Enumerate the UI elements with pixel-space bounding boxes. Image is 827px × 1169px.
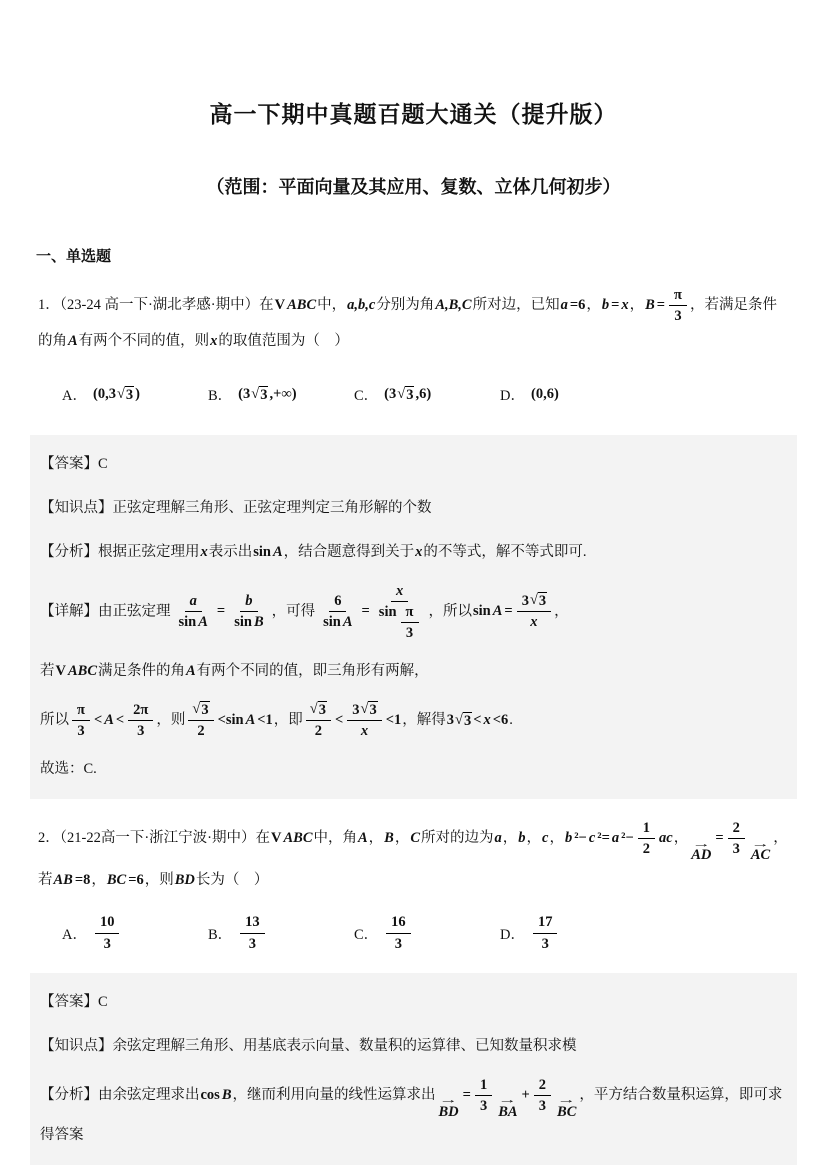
math-number: 3 xyxy=(351,701,360,719)
option-content: 103 xyxy=(92,913,123,952)
math-variable: A xyxy=(245,712,257,728)
fraction: √32 xyxy=(306,701,331,740)
fraction-denominator: 3 xyxy=(728,839,745,858)
math-variable: A xyxy=(103,712,115,728)
option-content: 163 xyxy=(383,913,414,952)
text-run: 【详解】由正弦定理 xyxy=(40,603,171,619)
fraction-numerator: x xyxy=(391,582,408,602)
text-run: ， xyxy=(503,830,518,846)
fraction-denominator: 3 xyxy=(669,306,686,325)
radicand: 3 xyxy=(368,701,377,719)
fraction-denominator: sinB xyxy=(229,612,268,631)
math-variable: AB xyxy=(53,872,74,888)
vector-arrow-icon: → xyxy=(439,1096,458,1104)
fraction-numerator: 3√3 xyxy=(517,592,551,612)
sqrt-expression: √3 xyxy=(251,386,268,404)
radical-sign-icon: √ xyxy=(361,701,369,718)
fraction-denominator: 3 xyxy=(475,1096,492,1115)
option-content: (3√3,+∞) xyxy=(237,386,297,404)
radicand: 3 xyxy=(259,386,268,404)
text-run: 中，角 xyxy=(314,830,358,846)
radical-sign-icon: √ xyxy=(117,386,125,403)
fraction: bsinB xyxy=(229,592,268,631)
sqrt-expression: √3 xyxy=(455,712,472,730)
fraction-denominator: 3 xyxy=(537,934,554,953)
math-number: + xyxy=(521,1087,531,1103)
text-run: ，所以 xyxy=(429,603,473,619)
math-number: =6 xyxy=(569,297,587,313)
math-variable: ABC xyxy=(282,830,313,846)
vector-expression: →AD xyxy=(691,840,711,864)
solution-paragraph: 【知识点】正弦定理解三角形、正弦定理判定三角形解的个数 xyxy=(40,494,787,523)
text-run: ， xyxy=(527,830,542,846)
fraction: 3√3x xyxy=(347,701,381,740)
fraction-numerator: 2 xyxy=(728,819,745,839)
text-run: 中， xyxy=(317,297,346,313)
math-variable: A xyxy=(357,830,369,846)
fraction-numerator: √3 xyxy=(188,701,213,721)
option-item: B．133 xyxy=(208,913,354,952)
fraction-denominator: 3 xyxy=(72,721,89,740)
math-variable: C xyxy=(409,830,421,846)
solution-paragraph: 故选：C. xyxy=(40,755,787,784)
radical-sign-icon: √ xyxy=(192,701,200,718)
fraction-numerator: 13 xyxy=(240,913,265,933)
sqrt-expression: √3 xyxy=(310,701,327,719)
text-run: 所对边，已知 xyxy=(473,297,560,313)
math-variable: B xyxy=(644,297,656,313)
fraction-denominator: 3 xyxy=(401,623,418,642)
text-run: 分别为角 xyxy=(376,297,434,313)
math-number: = xyxy=(503,603,513,619)
text-run: ，可得 xyxy=(272,603,316,619)
text-run: 满足条件的角 xyxy=(98,663,185,679)
math-number: <1 xyxy=(256,712,274,728)
math-variable: A xyxy=(67,333,79,349)
fraction-numerator: π xyxy=(401,603,419,623)
option-item: A．103 xyxy=(62,913,208,952)
math-number: 3 xyxy=(248,935,257,953)
fraction: 2π3 xyxy=(128,701,153,740)
text-run: ， xyxy=(674,830,689,846)
text-run: ， xyxy=(549,830,564,846)
radicand: 3 xyxy=(318,701,327,719)
radical-sign-icon: √ xyxy=(455,712,463,729)
vector-expression: →BA xyxy=(498,1096,517,1120)
math-number: (3 xyxy=(383,386,397,403)
math-variable: b xyxy=(564,830,573,846)
option-label: A． xyxy=(62,384,87,405)
question-2-options-row: A．103B．133C．163D．173 xyxy=(62,913,789,953)
text-run: 的不等式，解不等式即可. xyxy=(423,544,586,560)
solution-paragraph: 若VABC满足条件的角A有两个不同的值，即三角形有两解， xyxy=(40,657,787,686)
math-number: =6 xyxy=(127,872,145,888)
option-content: (0,6) xyxy=(530,386,560,403)
math-number: 3 xyxy=(446,712,455,728)
math-number: 2 xyxy=(314,722,323,740)
math-number: 2 xyxy=(538,1076,547,1094)
text-run: 有两个不同的值，即三角形有两解， xyxy=(197,663,429,679)
math-number: 3 xyxy=(136,722,145,740)
text-run: 所对的边为 xyxy=(421,830,494,846)
solution-paragraph: 所以π3<A<2π3，则√32<sinA<1，即√32<3√3x<1，解得3√3… xyxy=(40,701,787,740)
math-number: sin xyxy=(322,613,342,631)
math-variable: ac xyxy=(658,830,674,846)
sqrt-expression: √3 xyxy=(192,701,209,719)
sqrt-expression: √3 xyxy=(397,386,414,404)
text-run: ， xyxy=(630,297,645,313)
text-run: ，则 xyxy=(145,872,174,888)
math-variable: x xyxy=(360,722,369,740)
fraction-numerator: 17 xyxy=(533,913,558,933)
fraction: asinA xyxy=(174,592,213,631)
text-run: 若 xyxy=(40,663,55,679)
math-number: <1 xyxy=(385,712,403,728)
math-variable: A,B,C xyxy=(434,297,472,313)
math-number: ,+∞) xyxy=(268,386,297,403)
math-number: 3 xyxy=(541,935,550,953)
math-number: 3 xyxy=(76,722,85,740)
text-run: 有两个不同的值，则 xyxy=(79,333,210,349)
math-number: sin xyxy=(178,613,198,631)
math-variable: B xyxy=(221,1087,233,1103)
fraction-numerator: π xyxy=(669,286,687,306)
solution-paragraph: 【答案】C xyxy=(40,450,787,479)
fraction-numerator: 16 xyxy=(386,913,411,933)
math-variable: x xyxy=(620,297,629,313)
math-number: V xyxy=(270,830,282,846)
option-label: B． xyxy=(208,384,232,405)
math-number: < xyxy=(115,712,125,728)
fraction-denominator: 3 xyxy=(390,934,407,953)
option-item: C．163 xyxy=(354,913,500,952)
fraction-numerator: b xyxy=(240,592,257,612)
vector-base: BA xyxy=(498,1105,517,1121)
math-number: 16 xyxy=(390,913,407,931)
text-run: 1．（23-24 高一下·湖北孝感·期中）在 xyxy=(38,297,274,313)
sqrt-expression: √3 xyxy=(530,592,547,610)
math-variable: x xyxy=(529,613,538,631)
fraction-denominator: x xyxy=(356,721,373,740)
fraction: π3 xyxy=(669,286,687,325)
math-number: π xyxy=(76,701,86,719)
math-variable: b xyxy=(601,297,610,313)
vector-base: AD xyxy=(691,848,711,864)
fraction-denominator: sinA xyxy=(318,612,357,631)
option-label: B． xyxy=(208,923,232,944)
fraction-denominator: 2 xyxy=(638,839,655,858)
math-variable: BD xyxy=(174,872,196,888)
option-item: D．(0,6) xyxy=(500,384,646,405)
document-page: 高一下期中真题百题大通关（提升版） （范围：平面向量及其应用、复数、立体几何初步… xyxy=(0,0,827,1169)
vector-expression: →AC xyxy=(751,840,770,864)
math-variable: a xyxy=(560,297,569,313)
page-title: 高一下期中真题百题大通关（提升版） xyxy=(0,96,827,129)
math-number: ) xyxy=(134,386,141,403)
question-1-options-row: A．(0,3√3)B．(3√3,+∞)C．(3√3,6)D．(0,6) xyxy=(62,375,789,415)
option-label: C． xyxy=(354,923,378,944)
text-run: ，解得 xyxy=(402,712,446,728)
text-run: 表示出 xyxy=(209,544,253,560)
math-number: π xyxy=(405,603,415,621)
math-number: 3 xyxy=(521,592,530,610)
math-number: (0,3 xyxy=(92,386,117,403)
vector-arrow-icon: → xyxy=(751,840,770,848)
radicand: 3 xyxy=(125,386,134,404)
section-heading: 一、单选题 xyxy=(36,245,827,266)
math-variable: A xyxy=(492,603,504,619)
fraction-denominator: 2 xyxy=(310,721,327,740)
option-label: D． xyxy=(500,923,525,944)
radical-sign-icon: √ xyxy=(310,701,318,718)
radicand: 3 xyxy=(463,712,472,730)
fraction-numerator: 1 xyxy=(638,819,655,839)
vector-expression: →BD xyxy=(439,1096,459,1120)
fraction: 12 xyxy=(638,819,655,858)
fraction-numerator: 2π xyxy=(128,701,153,721)
math-number: < xyxy=(472,712,482,728)
math-number: 2 xyxy=(196,722,205,740)
fraction-numerator: 1 xyxy=(475,1076,492,1096)
math-variable: a xyxy=(494,830,503,846)
text-run: 所以 xyxy=(40,712,69,728)
option-content: 173 xyxy=(530,913,561,952)
text-run: . xyxy=(509,712,513,728)
text-run: ，结合题意得到关于 xyxy=(284,544,415,560)
fraction-numerator: 2 xyxy=(534,1076,551,1096)
text-run: ，则 xyxy=(156,712,185,728)
fraction-numerator: 10 xyxy=(95,913,120,933)
text-run: 【答案】C xyxy=(40,994,108,1010)
fraction: 23 xyxy=(728,819,745,858)
math-number: = xyxy=(714,830,724,846)
math-number: sin xyxy=(472,603,492,619)
sqrt-expression: √3 xyxy=(117,386,134,404)
text-run: 故选：C. xyxy=(40,761,97,777)
math-number: 3 xyxy=(538,1097,547,1115)
math-number: 6 xyxy=(333,592,342,610)
option-content: (0,3√3) xyxy=(92,386,141,404)
radical-sign-icon: √ xyxy=(530,592,538,609)
fraction-numerator: 3√3 xyxy=(347,701,381,721)
question-1: 1．（23-24 高一下·湖北孝感·期中）在VABC中，a,b,c分别为角A,B… xyxy=(38,286,789,415)
math-number: 3 xyxy=(673,307,682,325)
text-run: 【分析】由余弦定理求出 xyxy=(40,1087,200,1103)
fraction: 173 xyxy=(533,913,558,952)
text-run: 【分析】根据正弦定理用 xyxy=(40,544,200,560)
math-number: =8 xyxy=(74,872,92,888)
math-variable: x xyxy=(200,544,209,560)
math-number: sin xyxy=(233,613,253,631)
vector-arrow-icon: → xyxy=(499,1096,518,1104)
radicand: 3 xyxy=(405,386,414,404)
question-2-stem: 2．（21-22高一下·浙江宁波·期中）在VABC中，角A，B，C所对的边为a，… xyxy=(38,819,789,897)
math-variable: x xyxy=(482,712,491,728)
option-content: (3√3,6) xyxy=(383,386,432,404)
text-run: 【答案】C xyxy=(40,456,108,472)
fraction: 13 xyxy=(475,1076,492,1115)
option-content: 133 xyxy=(237,913,268,952)
question-1-solution-block: 【答案】C【知识点】正弦定理解三角形、正弦定理判定三角形解的个数【分析】根据正弦… xyxy=(30,435,797,800)
math-number: < xyxy=(334,712,344,728)
fraction-denominator: 3 xyxy=(99,934,116,953)
radical-sign-icon: √ xyxy=(251,386,259,403)
vector-arrow-icon: → xyxy=(557,1096,576,1104)
math-number: 2 xyxy=(732,819,741,837)
text-run: ， xyxy=(554,603,569,619)
solution-paragraph: 【详解】由正弦定理asinA=bsinB，可得6sinA=xsinπ3，所以si… xyxy=(40,582,787,642)
fraction-denominator: 3 xyxy=(132,721,149,740)
math-number: 3 xyxy=(394,935,403,953)
math-variable: ABC xyxy=(67,663,98,679)
math-number: (3 xyxy=(237,386,251,403)
math-variable: a xyxy=(611,830,620,846)
math-number: ²− xyxy=(573,830,588,846)
math-variable: A xyxy=(197,613,209,631)
math-number: = xyxy=(361,603,371,619)
solution-paragraph: 【知识点】余弦定理解三角形、用基底表示向量、数量积的运算律、已知数量积求模 xyxy=(40,1032,787,1061)
option-label: D． xyxy=(500,384,525,405)
radicand: 3 xyxy=(200,701,209,719)
text-run: ， xyxy=(586,297,601,313)
text-run: 【知识点】正弦定理解三角形、正弦定理判定三角形解的个数 xyxy=(40,500,432,516)
fraction-denominator: 3 xyxy=(534,1096,551,1115)
text-run: ， xyxy=(91,872,106,888)
fraction-numerator: a xyxy=(185,592,202,612)
fraction-numerator: π xyxy=(72,701,90,721)
solution-paragraph: 【答案】C xyxy=(40,988,787,1017)
math-variable: c xyxy=(588,830,596,846)
fraction: 3√3x xyxy=(517,592,551,631)
option-label: C． xyxy=(354,384,378,405)
fraction-denominator: 2 xyxy=(192,721,209,740)
fraction: 6sinA xyxy=(318,592,357,631)
math-number: sin xyxy=(252,544,272,560)
math-number: 13 xyxy=(244,913,261,931)
math-number: ,6) xyxy=(414,386,432,403)
fraction-denominator: sinπ3 xyxy=(374,602,426,642)
text-run: 【知识点】余弦定理解三角形、用基底表示向量、数量积的运算律、已知数量积求模 xyxy=(40,1038,577,1054)
vector-expression: →BC xyxy=(557,1096,576,1120)
page-subtitle: （范围：平面向量及其应用、复数、立体几何初步） xyxy=(0,173,827,199)
sqrt-expression: √3 xyxy=(361,701,378,719)
math-variable: b xyxy=(517,830,526,846)
math-number: V xyxy=(274,297,286,313)
text-run: 2．（21-22高一下·浙江宁波·期中）在 xyxy=(38,830,270,846)
math-number: ²= xyxy=(596,830,611,846)
math-variable: A xyxy=(185,663,197,679)
math-number: (0,6) xyxy=(530,386,560,403)
math-variable: A xyxy=(342,613,354,631)
math-number: 1 xyxy=(479,1076,488,1094)
math-number: = xyxy=(216,603,226,619)
math-number: <sin xyxy=(217,712,245,728)
math-number: π xyxy=(673,286,683,304)
text-run: ，继而利用向量的线性运算求出 xyxy=(233,1087,436,1103)
solution-paragraph: 【分析】根据正弦定理用x表示出sinA，结合题意得到关于x的不等式，解不等式即可… xyxy=(40,538,787,567)
text-run: 的取值范围为（ ） xyxy=(218,333,349,349)
option-item: A．(0,3√3) xyxy=(62,384,208,405)
math-variable: A xyxy=(272,544,284,560)
math-variable: a,b,c xyxy=(346,297,376,313)
question-2: 2．（21-22高一下·浙江宁波·期中）在VABC中，角A，B，C所对的边为a，… xyxy=(38,819,789,953)
fraction: 23 xyxy=(534,1076,551,1115)
math-variable: ABC xyxy=(286,297,317,313)
math-number: cos xyxy=(200,1087,221,1103)
math-number: 3 xyxy=(405,624,414,642)
fraction: π3 xyxy=(401,603,419,642)
math-variable: BC xyxy=(106,872,127,888)
solution-paragraph: 【分析】由余弦定理求出cosB，继而利用向量的线性运算求出→BD=13→BA+2… xyxy=(40,1076,787,1149)
math-number: 3 xyxy=(479,1097,488,1115)
math-variable: B xyxy=(253,613,265,631)
vector-base: BC xyxy=(557,1105,576,1121)
option-item: D．173 xyxy=(500,913,646,952)
fraction: √32 xyxy=(188,701,213,740)
math-number: 1 xyxy=(642,819,651,837)
math-number: = xyxy=(610,297,620,313)
math-variable: B xyxy=(383,830,395,846)
fraction-denominator: x xyxy=(525,612,542,631)
fraction: π3 xyxy=(72,701,90,740)
math-variable: x xyxy=(395,582,404,600)
option-label: A． xyxy=(62,923,87,944)
radicand: 3 xyxy=(538,592,547,610)
math-number: < xyxy=(93,712,103,728)
vector-arrow-icon: → xyxy=(692,840,711,848)
fraction-denominator: 3 xyxy=(244,934,261,953)
math-number: ²− xyxy=(620,830,635,846)
vector-base: AC xyxy=(751,848,770,864)
fraction-denominator: sinA xyxy=(174,612,213,631)
vector-base: BD xyxy=(439,1105,459,1121)
radical-sign-icon: √ xyxy=(397,386,405,403)
math-number: 3 xyxy=(103,935,112,953)
text-run: ，即 xyxy=(274,712,303,728)
fraction: xsinπ3 xyxy=(374,582,426,642)
math-number: 2π xyxy=(132,701,149,719)
math-number: = xyxy=(462,1087,472,1103)
text-run: 长为（ ） xyxy=(196,872,269,888)
math-number: 10 xyxy=(99,913,116,931)
math-number: V xyxy=(55,663,67,679)
math-variable: b xyxy=(244,592,253,610)
math-number: <6 xyxy=(492,712,510,728)
fraction: 133 xyxy=(240,913,265,952)
text-run: ， xyxy=(369,830,384,846)
text-run: ， xyxy=(395,830,410,846)
option-item: C．(3√3,6) xyxy=(354,384,500,405)
math-number: 17 xyxy=(537,913,554,931)
math-variable: a xyxy=(189,592,198,610)
fraction: 103 xyxy=(95,913,120,952)
option-item: B．(3√3,+∞) xyxy=(208,384,354,405)
math-number: 3 xyxy=(732,840,741,858)
question-2-solution-block: 【答案】C【知识点】余弦定理解三角形、用基底表示向量、数量积的运算律、已知数量积… xyxy=(30,973,797,1164)
question-1-stem: 1．（23-24 高一下·湖北孝感·期中）在VABC中，a,b,c分别为角A,B… xyxy=(38,286,789,359)
math-number: = xyxy=(656,297,666,313)
fraction-numerator: √3 xyxy=(306,701,331,721)
math-number: 2 xyxy=(642,840,651,858)
math-number: sin xyxy=(378,603,398,621)
fraction-numerator: 6 xyxy=(329,592,346,612)
fraction: 163 xyxy=(386,913,411,952)
